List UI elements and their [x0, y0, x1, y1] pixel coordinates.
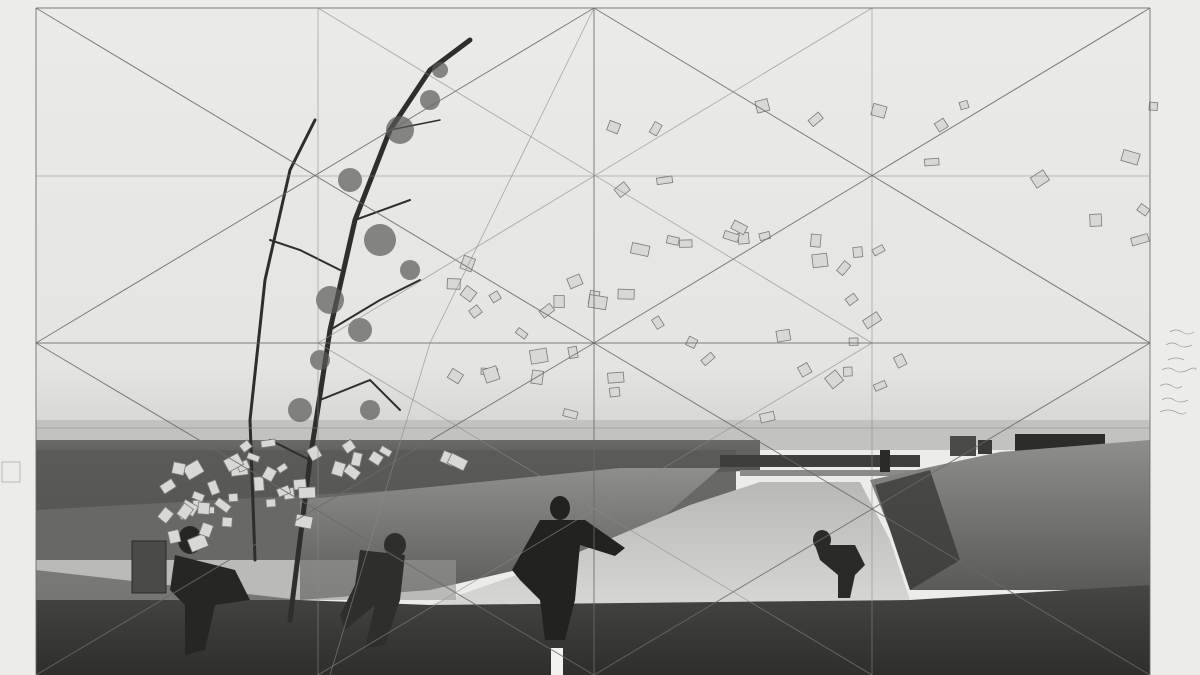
flying-paper [168, 529, 181, 543]
flying-paper [849, 338, 858, 345]
flying-paper [529, 348, 548, 364]
flying-paper [810, 234, 821, 247]
flying-paper [812, 253, 828, 268]
flying-paper [568, 346, 578, 358]
flying-paper [776, 329, 791, 342]
flying-paper [853, 247, 863, 258]
white-post [551, 648, 563, 675]
right-bank-hut [950, 436, 976, 456]
flying-paper [447, 279, 460, 290]
bridge-pillar [880, 450, 890, 472]
flying-paper [554, 295, 564, 307]
flying-paper [172, 462, 186, 476]
flying-paper [1090, 214, 1102, 226]
flying-paper [679, 240, 692, 248]
flying-paper [266, 499, 276, 507]
flying-paper [198, 502, 210, 515]
flying-paper [228, 493, 238, 502]
collage-artwork [0, 0, 1200, 675]
flying-paper [843, 367, 852, 376]
flying-paper [261, 439, 276, 448]
photo-sky [36, 8, 1150, 428]
flying-paper [924, 158, 939, 166]
flying-paper [222, 517, 233, 527]
wooden-crate [132, 541, 166, 593]
flying-paper [298, 487, 315, 498]
flying-paper [588, 295, 608, 310]
flying-paper [618, 289, 634, 299]
flying-paper [608, 372, 625, 383]
flying-paper [254, 477, 265, 492]
flying-paper [609, 387, 620, 397]
